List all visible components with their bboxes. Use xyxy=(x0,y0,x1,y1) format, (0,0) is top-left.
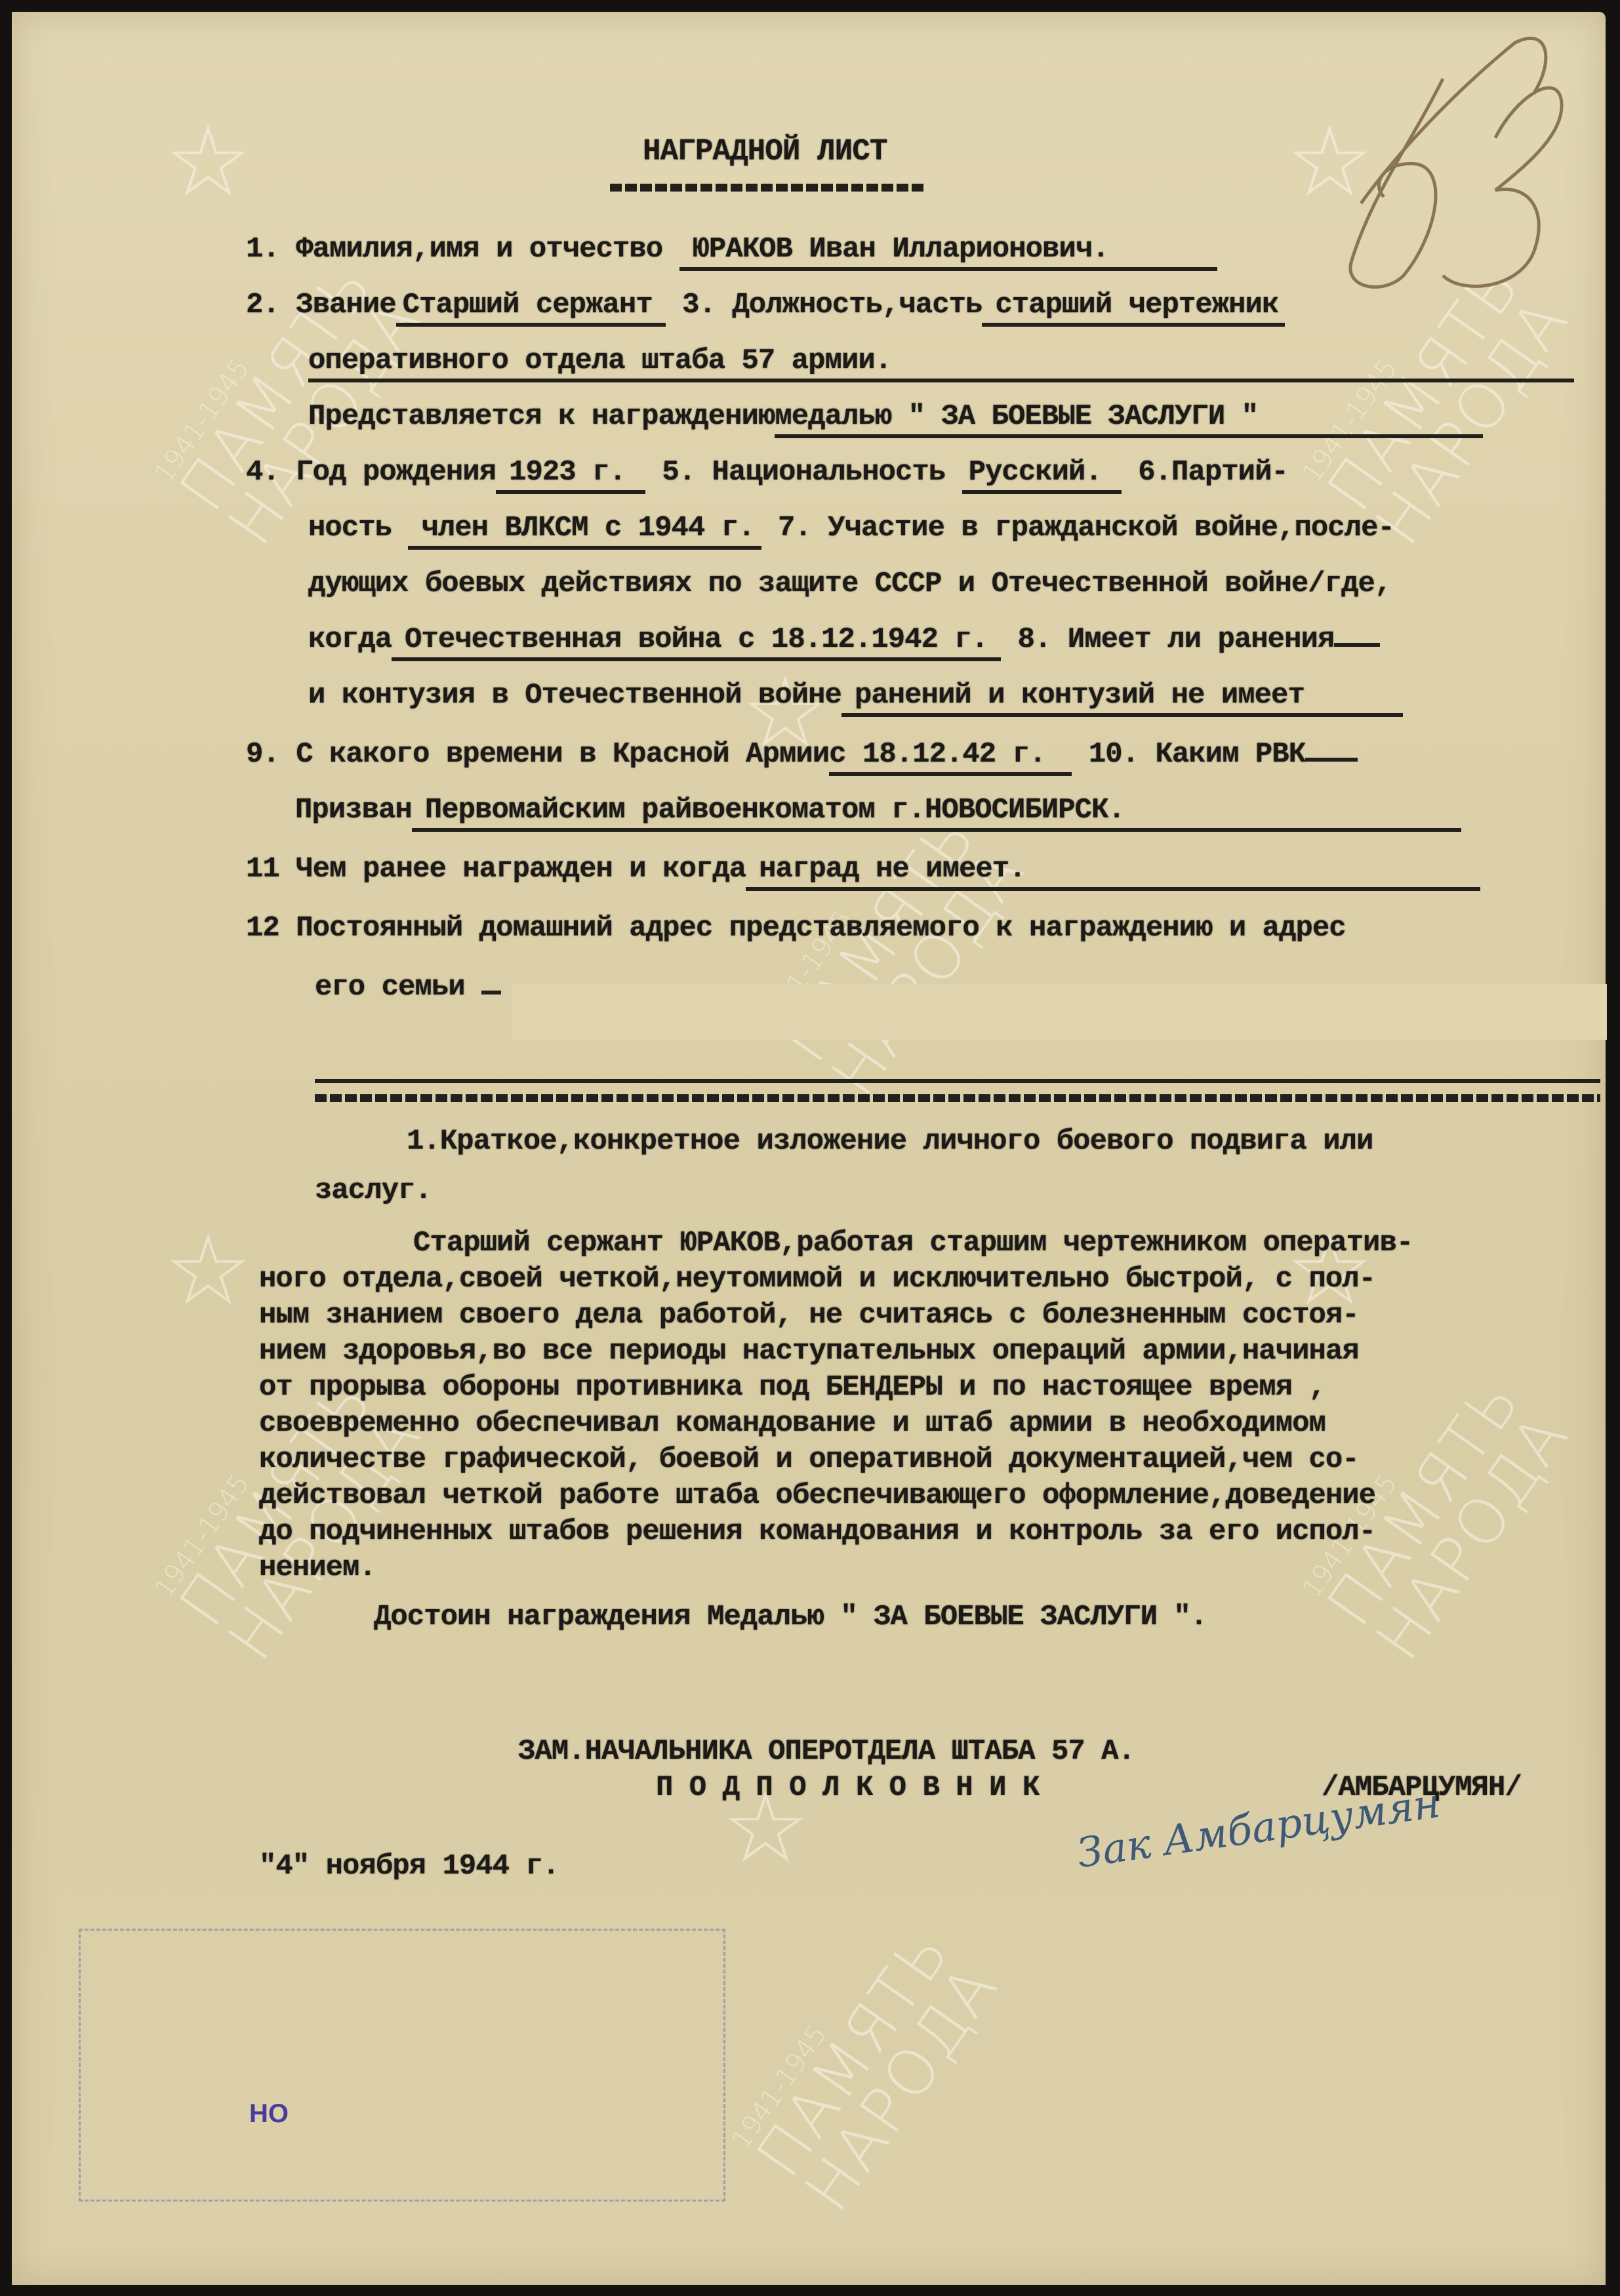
body-line: Старший сержант ЮРАКОВ,работая старшим ч… xyxy=(413,1227,1413,1260)
field-7-value: Отечественная война с 18.12.1942 г. xyxy=(392,623,1001,661)
body-line: ным знанием своего дела работой, не счит… xyxy=(259,1299,1359,1332)
signatory-position: ЗАМ.НАЧАЛЬНИКА ОПЕРОТДЕЛА ШТАБА 57 А. xyxy=(518,1735,1135,1768)
signatory-rank: П О Д П О Л К О В Н И К xyxy=(656,1771,1039,1804)
field-11-value: наград не имеет. xyxy=(746,853,1480,891)
field-4-value: 1923 г. xyxy=(496,456,645,494)
field-4-label: 4. Год рождения xyxy=(246,456,496,489)
field-8: и контузия в Отечественной войнеранений … xyxy=(308,679,1403,717)
stamp-text: НО xyxy=(249,2099,289,2129)
field-12-label-a: 12 Постоянный домашний адрес представляе… xyxy=(246,912,1346,945)
field-2-3: 2. ЗваниеСтарший сержант 3. Должность,ча… xyxy=(246,289,1285,327)
field-1-value: ЮРАКОВ Иван Илларионович. xyxy=(679,233,1217,271)
body-line: от прорыва обороны противника под БЕНДЕР… xyxy=(259,1371,1326,1404)
field-11-label: 11 Чем ранее награжден и когда xyxy=(246,853,746,886)
field-12-label-b: его семьи xyxy=(315,971,501,1004)
field-7-label-b: дующих боевых действиях по защите СССР и… xyxy=(308,567,1391,600)
field-3-label: 3. Должность,часть xyxy=(682,289,982,321)
section-heading-b: заслуг. xyxy=(315,1174,432,1207)
field-9-value: с 18.12.42 г. xyxy=(829,738,1072,776)
field-1: 1. Фамилия,имя и отчество ЮРАКОВ Иван Ил… xyxy=(246,233,1217,271)
field-7-label-a: 7. Участие в гражданской войне,после- xyxy=(778,512,1394,544)
date: "4" ноября 1944 г. xyxy=(259,1850,559,1883)
field-12-label: его семьи xyxy=(315,971,465,1004)
field-6-value: член ВЛКСМ с 1944 г. xyxy=(408,512,761,550)
field-2-label: 2. Звание xyxy=(246,289,396,321)
redacted-address xyxy=(512,984,1607,1040)
nomination: Представляется к награждениюмедалью " ЗА… xyxy=(308,400,1483,438)
date-day: "4" xyxy=(259,1850,309,1883)
body-line: количестве графической, боевой и операти… xyxy=(259,1443,1359,1476)
body-line: действовал четкой работе штаба обеспечив… xyxy=(259,1479,1375,1512)
field-10-blank xyxy=(1305,756,1358,762)
field-10-value: Первомайским райвоенкоматом г.НОВОСИБИРС… xyxy=(412,794,1461,832)
nomination-value: медалью " ЗА БОЕВЫЕ ЗАСЛУГИ " xyxy=(775,400,1483,438)
section-heading-a: 1.Краткое,конкретное изложение личного б… xyxy=(407,1125,1373,1158)
field-8-label-b: и контузия в Отечественной войне xyxy=(308,679,841,712)
field-10-label-b: Призван xyxy=(295,794,412,827)
field-6-label-b: ность xyxy=(308,512,392,544)
nomination-label: Представляется к награждению xyxy=(308,400,775,433)
field-9-10: 9. С какого времени в Красной Армиис 18.… xyxy=(246,738,1358,776)
field-4-6: 4. Год рождения1923 г. 5. Национальность… xyxy=(246,456,1288,494)
field-5-label: 5. Национальность xyxy=(662,456,945,489)
field-8-label-a: 8. Имеет ли ранения xyxy=(1018,623,1335,656)
date-month-year: ноября 1944 г. xyxy=(326,1850,559,1883)
field-6-7: ность член ВЛКСМ с 1944 г. 7. Участие в … xyxy=(308,512,1394,550)
body-line: нением. xyxy=(259,1551,376,1584)
field-12-blank xyxy=(481,989,501,994)
field-5-value: Русский. xyxy=(962,456,1122,494)
body-line: ного отдела,своей четкой,неутомимой и ис… xyxy=(259,1263,1375,1296)
field-3-cont: оперативного отдела штаба 57 армии. xyxy=(308,344,1574,382)
field-10: ПризванПервомайским райвоенкоматом г.НОВ… xyxy=(295,794,1461,832)
conclusion: Достоин награждения Медалью " ЗА БОЕВЫЕ … xyxy=(374,1601,1207,1633)
field-7-label-c: когда xyxy=(308,623,392,656)
field-6-label-a: 6.Партий- xyxy=(1138,456,1288,489)
field-11: 11 Чем ранее награжден и когданаград не … xyxy=(246,853,1480,891)
title-underline xyxy=(610,184,925,192)
field-9-label: 9. С какого времени в Красной Армии xyxy=(246,738,829,771)
body-line: своевременно обеспечивал командование и … xyxy=(259,1407,1326,1440)
faded-stamp xyxy=(79,1929,725,2202)
field-8-blank xyxy=(1334,642,1380,647)
body-line: до подчиненных штабов решения командован… xyxy=(259,1515,1375,1548)
separator-dashes xyxy=(315,1094,1600,1102)
field-1-label: 1. Фамилия,имя и отчество xyxy=(246,233,662,266)
field-3-value-a: старший чертежник xyxy=(982,289,1285,327)
field-3-value-b: оперативного отдела штаба 57 армии. xyxy=(308,344,1574,382)
field-10-label: 10. Каким РВК xyxy=(1089,738,1305,771)
field-8-value: ранений и контузий не имеет xyxy=(841,679,1403,717)
field-7-8: когдаОтечественная война с 18.12.1942 г.… xyxy=(308,623,1380,661)
document-title: НАГРАДНОЙ ЛИСТ xyxy=(643,134,887,169)
body-line: нием здоровья,во все периоды наступатель… xyxy=(259,1335,1359,1368)
separator-line xyxy=(315,1079,1600,1083)
field-2-value: Старший сержант xyxy=(396,289,666,327)
